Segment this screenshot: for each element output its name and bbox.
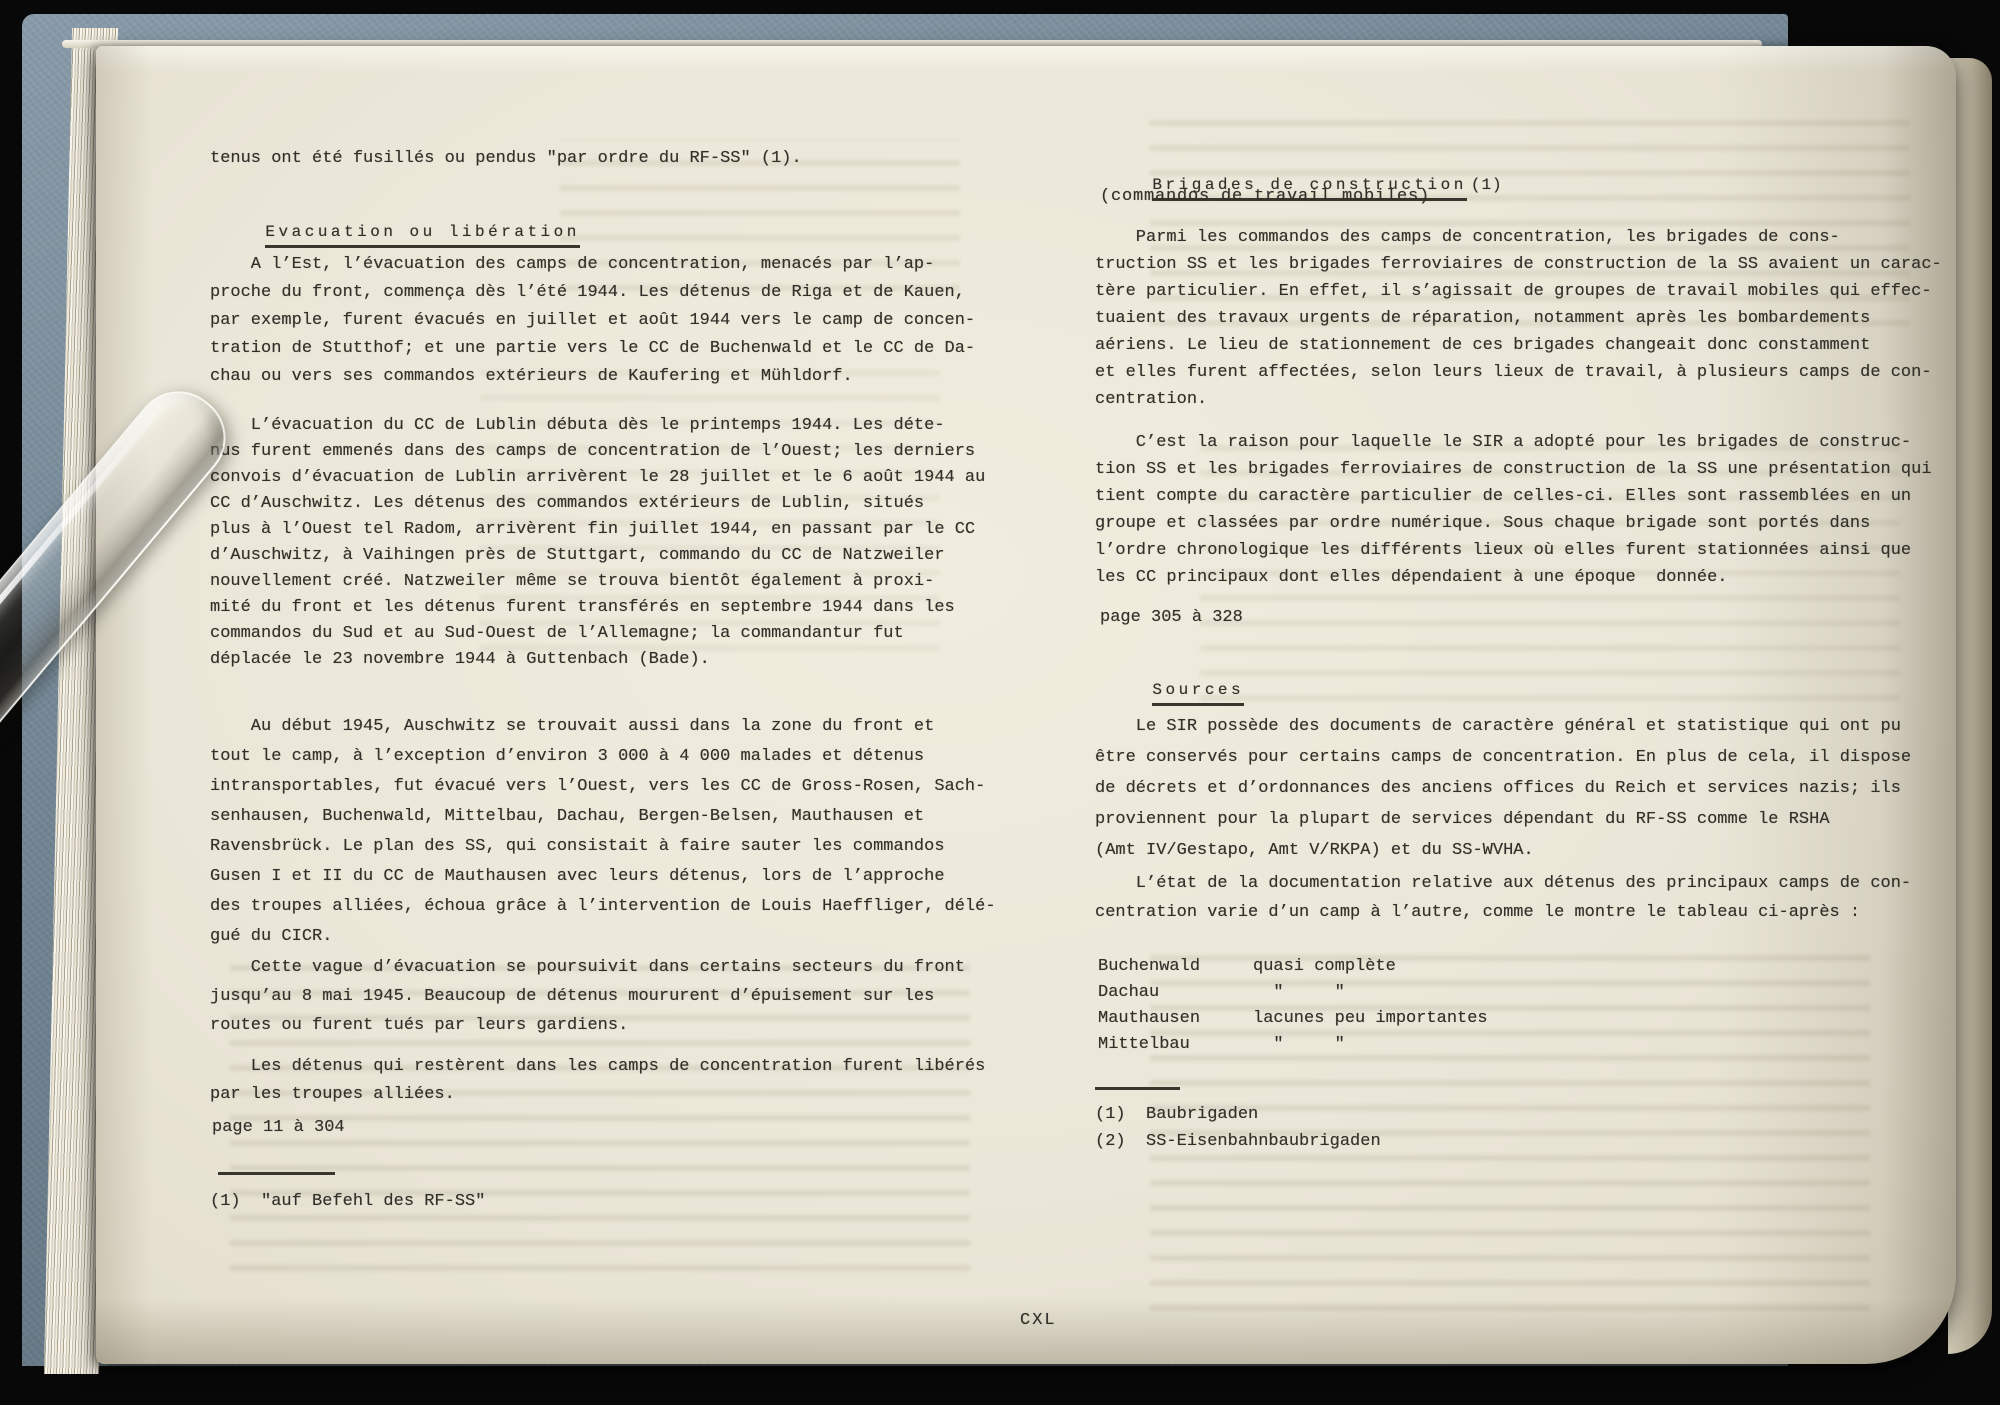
- text-line: C’est la raison pour laquelle le SIR a a…: [1095, 429, 1932, 456]
- text-line: A l’Est, l’évacuation des camps de conce…: [210, 251, 975, 279]
- left-intro-line: tenus ont été fusillés ou pendus "par or…: [210, 149, 802, 168]
- text-line: (Amt IV/Gestapo, Amt V/RKPA) et du SS-WV…: [1095, 835, 1911, 866]
- text-line: tion SS et les brigades ferroviaires de …: [1095, 456, 1932, 483]
- text-line: tuaient des travaux urgents de réparatio…: [1095, 305, 1942, 332]
- text-line: chau ou vers ses commandos extérieurs de…: [210, 363, 975, 391]
- text-line: proviennent pour la plupart de services …: [1095, 804, 1911, 835]
- book-photo: tenus ont été fusillés ou pendus "par or…: [0, 0, 2000, 1405]
- text-line: centration varie d’un camp à l’autre, co…: [1095, 898, 1911, 927]
- text-line: Les détenus qui restèrent dans les camps…: [210, 1053, 985, 1081]
- page-number: CXL: [1020, 1311, 1057, 1330]
- text-line: (2) SS-Eisenbahnbaubrigaden: [1095, 1128, 1381, 1155]
- text-line: Le SIR possède des documents de caractèr…: [1095, 711, 1911, 742]
- text-line: déplacée le 23 novembre 1944 à Guttenbac…: [210, 647, 985, 673]
- text-line: Gusen I et II du CC de Mauthausen avec l…: [210, 862, 996, 892]
- sources-heading-text: Sources: [1152, 681, 1244, 706]
- paragraph: C’est la raison pour laquelle le SIR a a…: [1095, 429, 1932, 591]
- text-line: des troupes alliées, échoua grâce à l’in…: [210, 892, 996, 922]
- camp-name: Mittelbau: [1098, 1032, 1253, 1058]
- text-line: l’ordre chronologique les différents lie…: [1095, 537, 1932, 564]
- text-line: senhausen, Buchenwald, Mittelbau, Dachau…: [210, 802, 996, 832]
- text-line: CC d’Auschwitz. Les détenus des commando…: [210, 491, 985, 517]
- text-line: nus furent emmenés dans des camps de con…: [210, 439, 985, 465]
- text-line: mité du front et les détenus furent tran…: [210, 595, 985, 621]
- camp-name: Dachau: [1098, 980, 1253, 1006]
- text-line: routes ou furent tués par leurs gardiens…: [210, 1011, 965, 1040]
- camp-name: Mauthausen: [1098, 1006, 1253, 1032]
- text-line: proche du front, commença dès l’été 1944…: [210, 279, 975, 307]
- text-line: tout le camp, à l’exception d’environ 3 …: [210, 742, 996, 772]
- text-line: les CC principaux dont elles dépendaient…: [1095, 564, 1932, 591]
- text-line: et elles furent affectées, selon leurs l…: [1095, 359, 1942, 386]
- text-line: plus à l’Ouest tel Radom, arrivèrent fin…: [210, 517, 985, 543]
- footnote-rule: [1095, 1087, 1180, 1090]
- text-line: commandos du Sud et au Sud-Ouest de l’Al…: [210, 621, 985, 647]
- text-line: Au début 1945, Auschwitz se trouvait aus…: [210, 712, 996, 742]
- footnote-list: (1) "auf Befehl des RF-SS": [210, 1188, 485, 1215]
- text-line: centration.: [1095, 386, 1942, 413]
- text-line: Ravensbrück. Le plan des SS, qui consist…: [210, 832, 996, 862]
- footnote-list: (1) Baubrigaden(2) SS-Eisenbahnbaubrigad…: [1095, 1101, 1381, 1155]
- left-page-ref: page 11 à 304: [212, 1118, 345, 1137]
- table-row: Dachau " ": [1098, 980, 1488, 1006]
- text-line: par les troupes alliées.: [210, 1081, 985, 1109]
- footnote-rule: [218, 1172, 335, 1175]
- text-line: d’Auschwitz, à Vaihingen près de Stuttga…: [210, 543, 985, 569]
- text-line: aériens. Le lieu de stationnement de ces…: [1095, 332, 1942, 359]
- table-row: Mauthausenlacunes peu importantes: [1098, 1006, 1488, 1032]
- documentation-status: " ": [1253, 1035, 1345, 1054]
- documentation-table: Buchenwaldquasi complèteDachau " "Mautha…: [1098, 954, 1488, 1058]
- text-line: de décrets et d’ordonnances des anciens …: [1095, 773, 1911, 804]
- documentation-status: lacunes peu importantes: [1253, 1009, 1488, 1028]
- documentation-status: quasi complète: [1253, 957, 1396, 976]
- text-line: gué du CICR.: [210, 922, 996, 952]
- text-line: tient compte du caractère particulier de…: [1095, 483, 1932, 510]
- text-line: L’état de la documentation relative aux …: [1095, 869, 1911, 898]
- text-line: Cette vague d’évacuation se poursuivit d…: [210, 953, 965, 982]
- right-subheading: (commandos de travail mobiles): [1100, 187, 1430, 206]
- text-line: jusqu’au 8 mai 1945. Beaucoup de détenus…: [210, 982, 965, 1011]
- camp-name: Buchenwald: [1098, 954, 1253, 980]
- paragraph: Le SIR possède des documents de caractèr…: [1095, 711, 1911, 866]
- paragraph: Les détenus qui restèrent dans les camps…: [210, 1053, 985, 1109]
- text-line: L’évacuation du CC de Lublin débuta dès …: [210, 413, 985, 439]
- text-line: tration de Stutthof; et une partie vers …: [210, 335, 975, 363]
- paragraph: Parmi les commandos des camps de concent…: [1095, 224, 1942, 413]
- text-line: par exemple, furent évacués en juillet e…: [210, 307, 975, 335]
- sources-heading: Sources: [1100, 663, 1244, 717]
- text-line: groupe et classées par ordre numérique. …: [1095, 510, 1932, 537]
- text-line: intransportables, fut évacué vers l’Oues…: [210, 772, 996, 802]
- text-line: (1) Baubrigaden: [1095, 1101, 1381, 1128]
- paragraph: Cette vague d’évacuation se poursuivit d…: [210, 953, 965, 1040]
- right-page-ref: page 305 à 328: [1100, 608, 1243, 627]
- text-line: être conservés pour certains camps de co…: [1095, 742, 1911, 773]
- left-section-heading-text: Evacuation ou libération: [265, 223, 579, 248]
- documentation-status: " ": [1253, 983, 1345, 1002]
- text-line: tère particulier. En effet, il s’agissai…: [1095, 278, 1942, 305]
- table-row: Mittelbau " ": [1098, 1032, 1488, 1058]
- text-line: Parmi les commandos des camps de concent…: [1095, 224, 1942, 251]
- text-line: convois d’évacuation de Lublin arrivèren…: [210, 465, 985, 491]
- right-section-heading-note: (1): [1471, 176, 1503, 194]
- text-line: truction SS et les brigades ferroviaires…: [1095, 251, 1942, 278]
- paragraph: L’état de la documentation relative aux …: [1095, 869, 1911, 927]
- paragraph: L’évacuation du CC de Lublin débuta dès …: [210, 413, 985, 673]
- paragraph: A l’Est, l’évacuation des camps de conce…: [210, 251, 975, 391]
- table-row: Buchenwaldquasi complète: [1098, 954, 1488, 980]
- paragraph: Au début 1945, Auschwitz se trouvait aus…: [210, 712, 996, 952]
- text-line: nouvellement créé. Natzweiler même se tr…: [210, 569, 985, 595]
- text-line: (1) "auf Befehl des RF-SS": [210, 1188, 485, 1215]
